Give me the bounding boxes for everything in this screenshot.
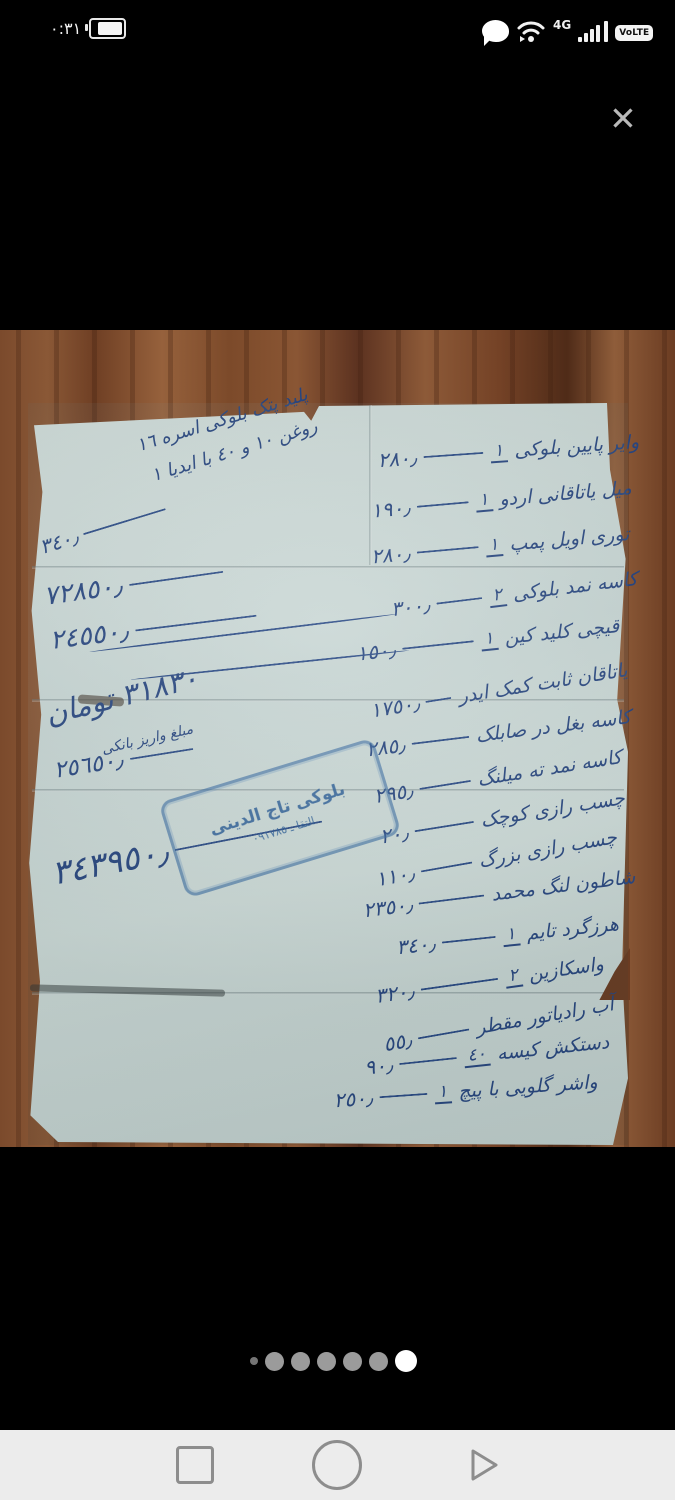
back-icon: [460, 1444, 502, 1486]
page-indicator: [250, 1349, 417, 1373]
item-price: ٢٨٠٫: [377, 446, 417, 473]
ink-dash: [402, 640, 474, 650]
ink-dash: [419, 780, 471, 790]
home-button[interactable]: [302, 1430, 372, 1500]
item-qty: ١: [489, 440, 508, 463]
ink-dash: [415, 821, 475, 832]
item-qty: ٢: [503, 965, 523, 989]
item-price: ٩٠٫: [363, 1053, 393, 1080]
item-price: ٢٥٠٫: [332, 1086, 372, 1113]
ink-dash: [436, 597, 482, 605]
ink-dash: [420, 978, 498, 991]
message-icon: [482, 20, 509, 42]
close-icon[interactable]: ✕: [601, 96, 645, 140]
network-type-label: 4G: [553, 18, 571, 32]
home-icon: [312, 1440, 362, 1490]
status-bar: ٠:٣١ 4G VoLTE: [0, 12, 675, 52]
volte-badge: VoLTE: [615, 25, 653, 41]
receipt-photo[interactable]: پلید پتک بلوکی اسره ١٦ روغن ١٠ و ٤٠ با ا…: [0, 330, 675, 1147]
ink-dash: [417, 1028, 469, 1039]
ink-dash: [425, 697, 451, 703]
item-qty: ١: [484, 534, 503, 557]
item-qty: ٤٠: [463, 1044, 491, 1069]
paper-fold: [369, 405, 372, 565]
navigation-bar: [0, 1430, 675, 1500]
item-qty: ١: [433, 1081, 452, 1104]
ink-dash: [129, 571, 223, 586]
recents-icon: [176, 1446, 214, 1484]
ink-dash: [411, 736, 469, 745]
item-qty: ١: [474, 489, 493, 512]
item-price: ٣٤٠٫: [395, 931, 436, 959]
item-price: ٢٨٠٫: [370, 541, 411, 568]
wifi-icon: [516, 18, 546, 44]
item-qty: ١: [479, 628, 498, 652]
page-dot: [317, 1352, 336, 1371]
ink-dash: [423, 452, 483, 458]
page-dot: [291, 1352, 310, 1371]
item-price: ٣٠٠٫: [389, 593, 430, 622]
item-price: ١٩٠٫: [369, 495, 410, 522]
ink-dash: [130, 748, 194, 760]
back-button[interactable]: [446, 1430, 516, 1500]
item-qty: ٢: [487, 584, 507, 608]
ink-dash: [379, 1093, 427, 1098]
ink-dash: [419, 894, 485, 904]
signal-bars-icon: [578, 21, 608, 42]
ink-dash: [416, 501, 468, 508]
ink-dash: [421, 862, 473, 873]
page-dot: [343, 1352, 362, 1371]
paper-fold: [32, 566, 624, 569]
ink-dash: [136, 615, 257, 632]
ink-dash: [399, 1057, 457, 1065]
page-dot: [369, 1352, 388, 1371]
ink-dash: [83, 508, 166, 535]
page-dot: [265, 1352, 284, 1371]
page-dot: [250, 1357, 258, 1365]
item-qty: ١: [502, 923, 521, 947]
ink-dash: [442, 936, 496, 944]
clock: ٠:٣١: [50, 19, 81, 38]
phone-screen: ٠:٣١ 4G VoLTE ✕: [0, 0, 675, 1500]
battery-icon: [89, 18, 126, 39]
recents-button[interactable]: [160, 1430, 230, 1500]
page-dot-active: [395, 1350, 417, 1372]
ink-dash: [416, 546, 478, 553]
